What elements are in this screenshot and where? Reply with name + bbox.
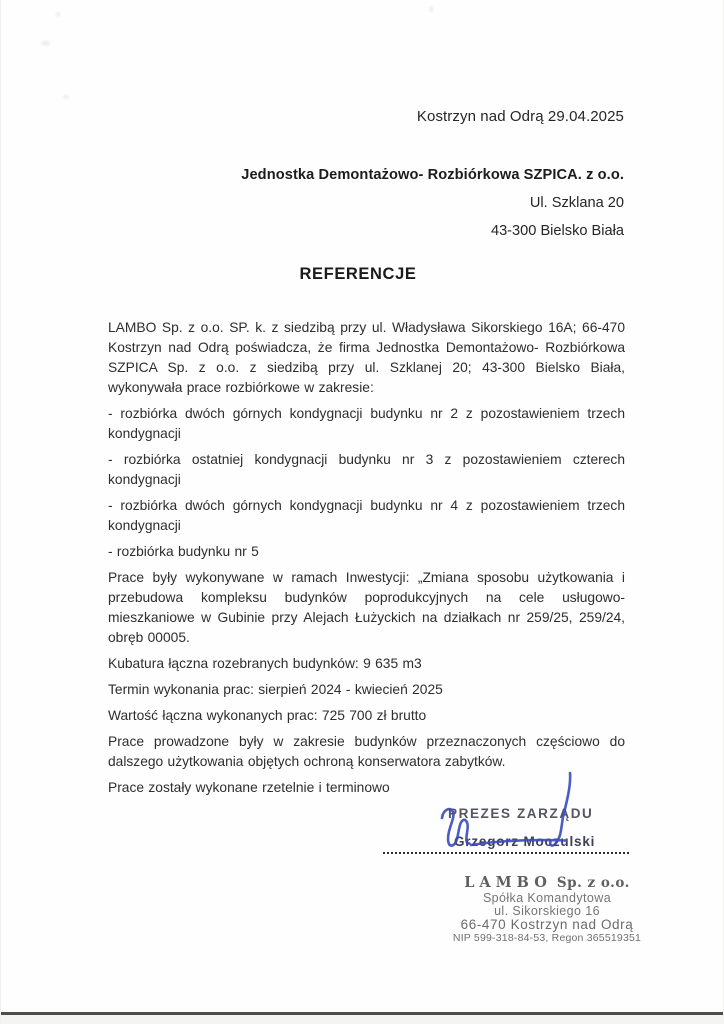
bullet-item-2: - rozbiórka ostatniej kondygnacji budynk… — [108, 450, 625, 490]
stamp-company-form: Sp. z o.o. — [557, 875, 630, 891]
document-title: REFERENCJE — [108, 265, 608, 284]
scan-smudge — [56, 12, 60, 17]
date-line: Kostrzyn nad Odrą 29.04.2025 — [417, 108, 624, 125]
scan-edge-line — [1, 1012, 723, 1024]
paragraph-term: Termin wykonania prac: sierpień 2024 - k… — [108, 680, 625, 700]
recipient-city: 43-300 Bielsko Biała — [241, 217, 624, 245]
bullet-item-3: - rozbiórka dwóch górnych kondygnacji bu… — [108, 496, 625, 536]
paragraph-value: Wartość łączna wykonanych prac: 725 700 … — [108, 706, 625, 726]
scanned-reference-letter: Kostrzyn nad Odrą 29.04.2025 Jednostka D… — [0, 0, 724, 1024]
paragraph-heritage: Prace prowadzone były w zakresie budynkó… — [108, 732, 625, 772]
signature-role-stamp: PREZES ZARZĄDU — [448, 806, 593, 821]
stamp-company-line: LAMBO Sp. z o.o. — [429, 874, 665, 891]
paragraph-intro: LAMBO Sp. z o.o. SP. k. z siedzibą przy … — [108, 318, 625, 398]
signature-dotted-line — [383, 844, 629, 854]
stamp-tax-ids: NIP 599-318-84-53, Regon 365519351 — [429, 932, 665, 945]
scan-smudge — [63, 95, 69, 99]
recipient-name: Jednostka Demontażowo- Rozbiórkowa SZPIC… — [241, 161, 624, 189]
stamp-city: 66-470 Kostrzyn nad Odrą — [429, 918, 665, 932]
bullet-item-4: - rozbiórka budynku nr 5 — [108, 542, 625, 562]
paragraph-volume: Kubatura łączna rozebranych budynków: 9 … — [108, 654, 625, 674]
recipient-block: Jednostka Demontażowo- Rozbiórkowa SZPIC… — [241, 161, 624, 245]
company-stamp: LAMBO Sp. z o.o. Spółka Komandytowa ul. … — [429, 874, 665, 945]
stamp-company-name: LAMBO — [464, 874, 552, 891]
scan-smudge — [429, 6, 433, 12]
paragraph-investment: Prace były wykonywane w ramach Inwestycj… — [108, 568, 625, 648]
paragraph-closing: Prace zostały wykonane rzetelnie i termi… — [108, 778, 625, 798]
bullet-item-1: - rozbiórka dwóch górnych kondygnacji bu… — [108, 404, 625, 444]
recipient-street: Ul. Szklana 20 — [241, 189, 624, 217]
letter-body: LAMBO Sp. z o.o. SP. k. z siedzibą przy … — [108, 318, 625, 804]
scan-smudge — [41, 41, 50, 46]
